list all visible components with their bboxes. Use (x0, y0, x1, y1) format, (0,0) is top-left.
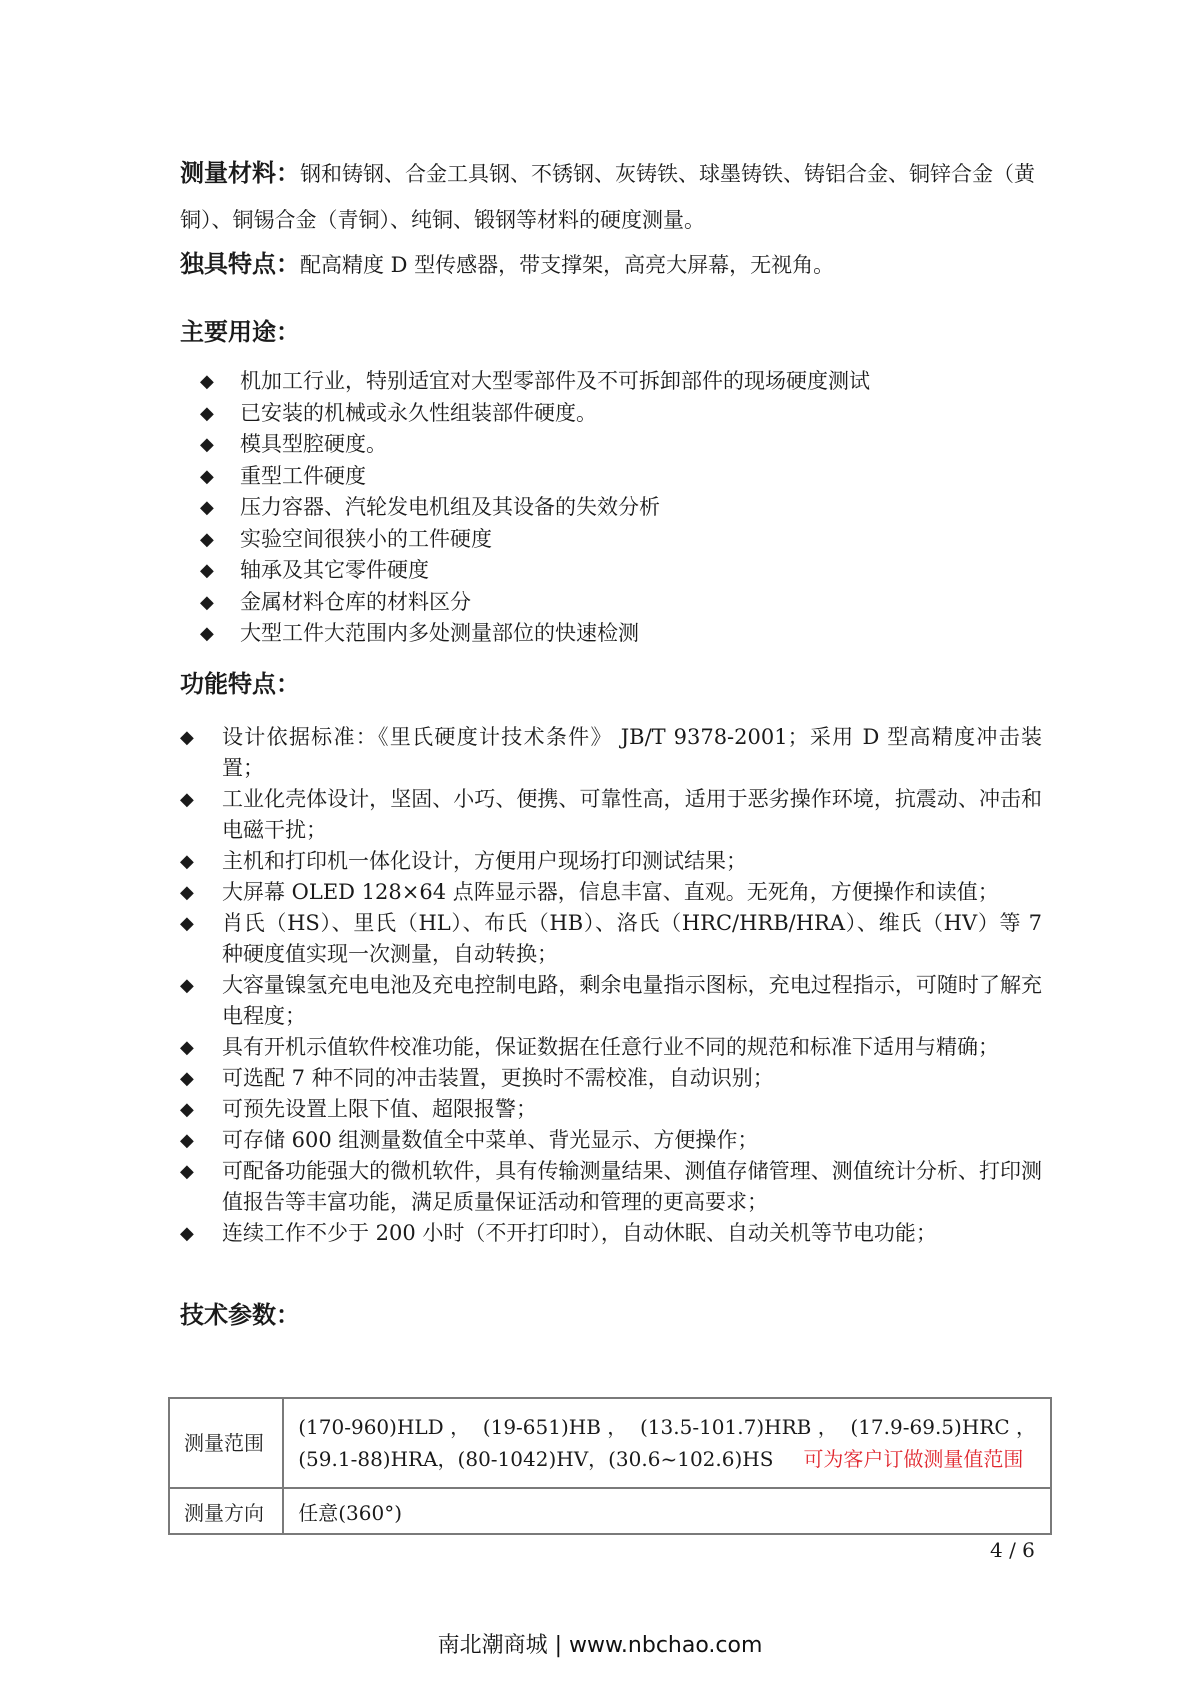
table-row: 测量方向 任意(360°) (169, 1488, 1051, 1534)
spec-label: 测量范围 (169, 1398, 283, 1488)
list-item: ◆主机和打印机一体化设计，方便用户现场打印测试结果； (180, 846, 1042, 877)
diamond-bullet-icon: ◆ (200, 618, 240, 650)
list-item: ◆可选配 7 种不同的冲击装置，更换时不需校准，自动识别； (180, 1063, 1042, 1094)
list-item: ◆肖氏（HS）、里氏（HL）、布氏（HB）、洛氏（HRC/HRB/HRA）、维氏… (180, 908, 1042, 970)
list-item: ◆轴承及其它零件硬度 (200, 555, 1042, 587)
list-item: ◆已安装的机械或永久性组装部件硬度。 (200, 398, 1042, 430)
spec-table: 测量范围 (170-960)HLD ， (19-651)HB ， (13.5-1… (168, 1397, 1052, 1535)
custom-range-note: 可为客户订做测量值范围 (803, 1447, 1023, 1471)
list-item: ◆可存储 600 组测量数值全中菜单、背光显示、方便操作； (180, 1125, 1042, 1156)
footer-link[interactable]: 南北潮商城 | www.nbchao.com (0, 1628, 1200, 1659)
list-item: ◆金属材料仓库的材料区分 (200, 587, 1042, 619)
diamond-bullet-icon: ◆ (180, 1032, 222, 1063)
diamond-bullet-icon: ◆ (200, 461, 240, 493)
materials-paragraph: 测量材料：钢和铸钢、合金工具钢、不锈钢、灰铸铁、球墨铸铁、铸铝合金、铜锌合金（黄… (180, 150, 1042, 243)
list-item: ◆压力容器、汽轮发电机组及其设备的失效分析 (200, 492, 1042, 524)
diamond-bullet-icon: ◆ (200, 398, 240, 430)
diamond-bullet-icon: ◆ (180, 1063, 222, 1094)
diamond-bullet-icon: ◆ (180, 846, 222, 877)
list-item: ◆可配备功能强大的微机软件，具有传输测量结果、测值存储管理、测值统计分析、打印测… (180, 1156, 1042, 1218)
list-item: ◆大容量镍氢充电电池及充电控制电路，剩余电量指示图标，充电过程指示，可随时了解充… (180, 970, 1042, 1032)
uses-title: 主要用途： (180, 312, 1042, 352)
spec-value: 任意(360°) (283, 1488, 1051, 1534)
list-item: ◆连续工作不少于 200 小时（不开打印时），自动休眠、自动关机等节电功能； (180, 1218, 1042, 1249)
table-row: 测量范围 (170-960)HLD ， (19-651)HB ， (13.5-1… (169, 1398, 1051, 1488)
unique-label: 独具特点： (180, 250, 300, 278)
list-item: ◆大型工件大范围内多处测量部位的快速检测 (200, 618, 1042, 650)
list-item: ◆大屏幕 OLED 128×64 点阵显示器，信息丰富、直观。无死角，方便操作和… (180, 877, 1042, 908)
diamond-bullet-icon: ◆ (180, 877, 222, 908)
diamond-bullet-icon: ◆ (180, 722, 222, 753)
list-item: ◆具有开机示值软件校准功能，保证数据在任意行业不同的规范和标准下适用与精确； (180, 1032, 1042, 1063)
diamond-bullet-icon: ◆ (180, 1094, 222, 1125)
spec-value: (170-960)HLD ， (19-651)HB ， (13.5-101.7)… (283, 1398, 1051, 1488)
diamond-bullet-icon: ◆ (200, 524, 240, 556)
diamond-bullet-icon: ◆ (180, 1156, 222, 1187)
list-item: ◆机加工行业，特别适宜对大型零部件及不可拆卸部件的现场硬度测试 (200, 366, 1042, 398)
materials-label: 测量材料： (180, 159, 300, 187)
list-item: ◆重型工件硬度 (200, 461, 1042, 493)
spec-label: 测量方向 (169, 1488, 283, 1534)
diamond-bullet-icon: ◆ (180, 1125, 222, 1156)
unique-text: 配高精度 D 型传感器，带支撑架，高亮大屏幕，无视角。 (300, 253, 834, 277)
features-title: 功能特点： (180, 664, 1042, 704)
list-item: ◆设计依据标准：《里氏硬度计技术条件》 JB/T 9378-2001；采用 D … (180, 722, 1042, 784)
features-list: ◆设计依据标准：《里氏硬度计技术条件》 JB/T 9378-2001；采用 D … (180, 722, 1042, 1249)
diamond-bullet-icon: ◆ (180, 1218, 222, 1249)
materials-text: 钢和铸钢、合金工具钢、不锈钢、灰铸铁、球墨铸铁、铸铝合金、铜锌合金（黄铜）、铜锡… (180, 162, 1035, 232)
diamond-bullet-icon: ◆ (200, 366, 240, 398)
list-item: ◆工业化壳体设计，坚固、小巧、便携、可靠性高，适用于恶劣操作环境，抗震动、冲击和… (180, 784, 1042, 846)
list-item: ◆可预先设置上限下值、超限报警； (180, 1094, 1042, 1125)
diamond-bullet-icon: ◆ (180, 908, 222, 939)
diamond-bullet-icon: ◆ (180, 970, 222, 1001)
diamond-bullet-icon: ◆ (200, 429, 240, 461)
specs-title: 技术参数： (180, 1295, 1042, 1335)
unique-paragraph: 独具特点：配高精度 D 型传感器，带支撑架，高亮大屏幕，无视角。 (180, 241, 1042, 288)
page-number: 4 / 6 (990, 1538, 1035, 1562)
document-page: 测量材料：钢和铸钢、合金工具钢、不锈钢、灰铸铁、球墨铸铁、铸铝合金、铜锌合金（黄… (180, 150, 1042, 1335)
diamond-bullet-icon: ◆ (200, 587, 240, 619)
list-item: ◆模具型腔硬度。 (200, 429, 1042, 461)
uses-list: ◆机加工行业，特别适宜对大型零部件及不可拆卸部件的现场硬度测试 ◆已安装的机械或… (180, 366, 1042, 650)
list-item: ◆实验空间很狭小的工件硬度 (200, 524, 1042, 556)
diamond-bullet-icon: ◆ (200, 555, 240, 587)
diamond-bullet-icon: ◆ (200, 492, 240, 524)
diamond-bullet-icon: ◆ (180, 784, 222, 815)
